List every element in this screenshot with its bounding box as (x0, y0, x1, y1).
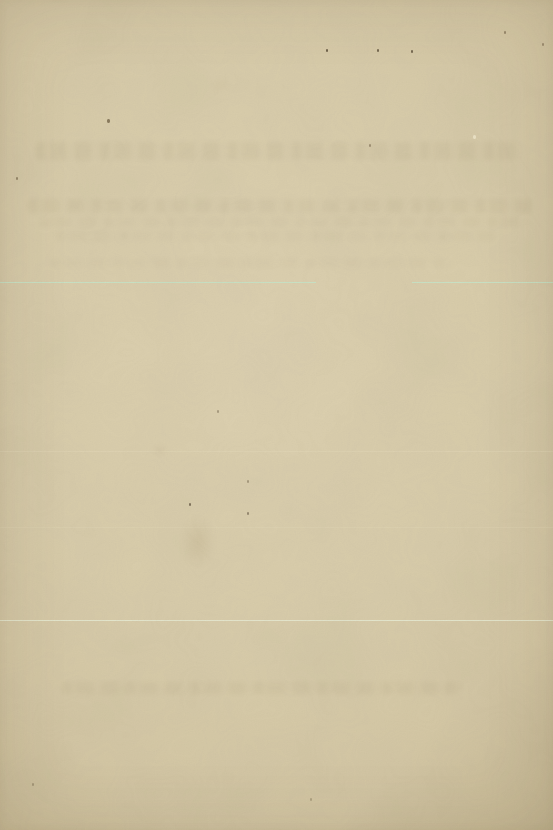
showthrough-band (40, 217, 520, 227)
paper-stain (172, 504, 224, 580)
green-rule-upper (0, 282, 553, 283)
showthrough-band (55, 231, 495, 241)
scan-artifacts-layer (0, 0, 553, 830)
ink-speck (16, 177, 18, 180)
scanned-blank-page (0, 0, 553, 830)
ink-speck (32, 783, 34, 786)
showthrough-band (36, 142, 522, 160)
showthrough-band (28, 199, 533, 213)
ink-speck (189, 503, 191, 506)
ink-speck (504, 31, 506, 34)
ink-speck (411, 50, 413, 53)
ink-speck (377, 49, 379, 52)
faint-streak (0, 527, 553, 528)
ink-speck (473, 135, 476, 139)
paper-stain (149, 441, 171, 459)
ink-speck (369, 144, 371, 147)
ink-speck (107, 119, 110, 123)
showthrough-band (50, 258, 450, 268)
showthrough-band (62, 682, 462, 694)
ink-speck (247, 480, 249, 483)
ink-speck (217, 410, 219, 413)
ink-speck (542, 43, 544, 46)
faint-streak (0, 451, 553, 452)
pale-rule-lower (0, 620, 553, 621)
ink-speck (326, 49, 328, 52)
ink-speck (310, 798, 312, 801)
paper-stain (206, 73, 234, 97)
ink-speck (247, 512, 249, 515)
